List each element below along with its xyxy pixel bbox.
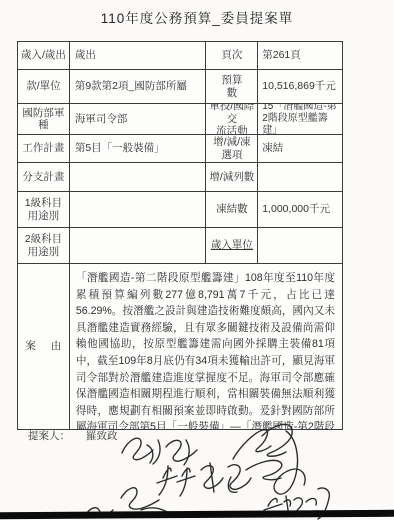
table-row: 1級科目 用途別 凍結數 1,000,000千元 bbox=[18, 191, 342, 227]
case-text: 「潛艦國造-第二階段原型艦籌建」108年度至110年度累積預算編列數277億8,… bbox=[69, 264, 342, 429]
table-row: 2級科目 用途別 歲入單位 bbox=[18, 227, 342, 263]
table-row: 工作計畫 第5目「一般裝備」 增/減/凍 選項 凍結 bbox=[18, 134, 342, 162]
frozen-amount-label: 凍結數 bbox=[205, 192, 257, 227]
budget-amount-label: 預算 數 bbox=[205, 70, 257, 103]
page-title: 110年度公務預算_委員提案單 bbox=[0, 7, 394, 27]
table-row: 分支計畫 增/減列數 bbox=[18, 162, 342, 191]
work-plan-label: 工作計畫 bbox=[18, 135, 69, 162]
budget-proposal-table: 歲入/歲出 歲出 頁次 第261頁 款/單位 第9款第2項_國防部所屬 預算 數… bbox=[17, 41, 343, 430]
adjust-option-label: 增/減/凍 選項 bbox=[205, 135, 257, 162]
table-row: 款/單位 第9款第2項_國防部所屬 預算 數 10,516,869千元 bbox=[18, 69, 342, 103]
activity-type-value: 15「潛艦國造-第2階段原型艦籌建」 bbox=[257, 104, 342, 134]
adjust-rows-value bbox=[257, 163, 342, 191]
proposer-line: 提案人： 羅致政 bbox=[28, 428, 118, 443]
work-plan-value: 第5目「一般裝備」 bbox=[69, 135, 206, 162]
adjust-option-value: 凍結 bbox=[257, 135, 342, 162]
case-label: 案由 bbox=[18, 264, 69, 429]
page-number-value: 第261頁 bbox=[257, 42, 342, 69]
case-row: 案由 「潛艦國造-第二階段原型艦籌建」108年度至110年度累積預算編列數277… bbox=[18, 263, 342, 429]
activity-type-label: 軍投/國際交 流活動 bbox=[205, 104, 257, 134]
revenue-unit-label: 歲入單位 bbox=[205, 228, 257, 263]
level1-category-value bbox=[69, 192, 206, 227]
fund-unit-value: 第9款第2項_國防部所屬 bbox=[69, 70, 206, 103]
table-row: 歲入/歲出 歲出 頁次 第261頁 bbox=[18, 42, 342, 69]
fund-unit-label: 款/單位 bbox=[18, 70, 69, 103]
service-branch-value: 海軍司令部 bbox=[69, 104, 206, 134]
in-out-label: 歲入/歲出 bbox=[18, 42, 69, 69]
proposer-label: 提案人： bbox=[28, 428, 70, 443]
branch-plan-label: 分支計畫 bbox=[18, 163, 69, 191]
in-out-value: 歲出 bbox=[69, 42, 206, 69]
level1-category-label: 1級科目 用途別 bbox=[18, 192, 69, 227]
page-number-label: 頁次 bbox=[205, 42, 257, 69]
table-row: 國防部軍種 海軍司令部 軍投/國際交 流活動 15「潛艦國造-第2階段原型艦籌建… bbox=[18, 103, 342, 134]
adjust-rows-label: 增/減列數 bbox=[205, 163, 257, 191]
branch-plan-value bbox=[69, 163, 206, 191]
level2-category-value bbox=[69, 228, 206, 263]
budget-amount-value: 10,516,869千元 bbox=[257, 70, 342, 103]
proposer-name: 羅致政 bbox=[86, 428, 118, 443]
revenue-unit-value bbox=[257, 228, 342, 263]
service-branch-label: 國防部軍種 bbox=[18, 104, 69, 134]
level2-category-label: 2級科目 用途別 bbox=[18, 228, 69, 263]
frozen-amount-value: 1,000,000千元 bbox=[257, 192, 342, 227]
